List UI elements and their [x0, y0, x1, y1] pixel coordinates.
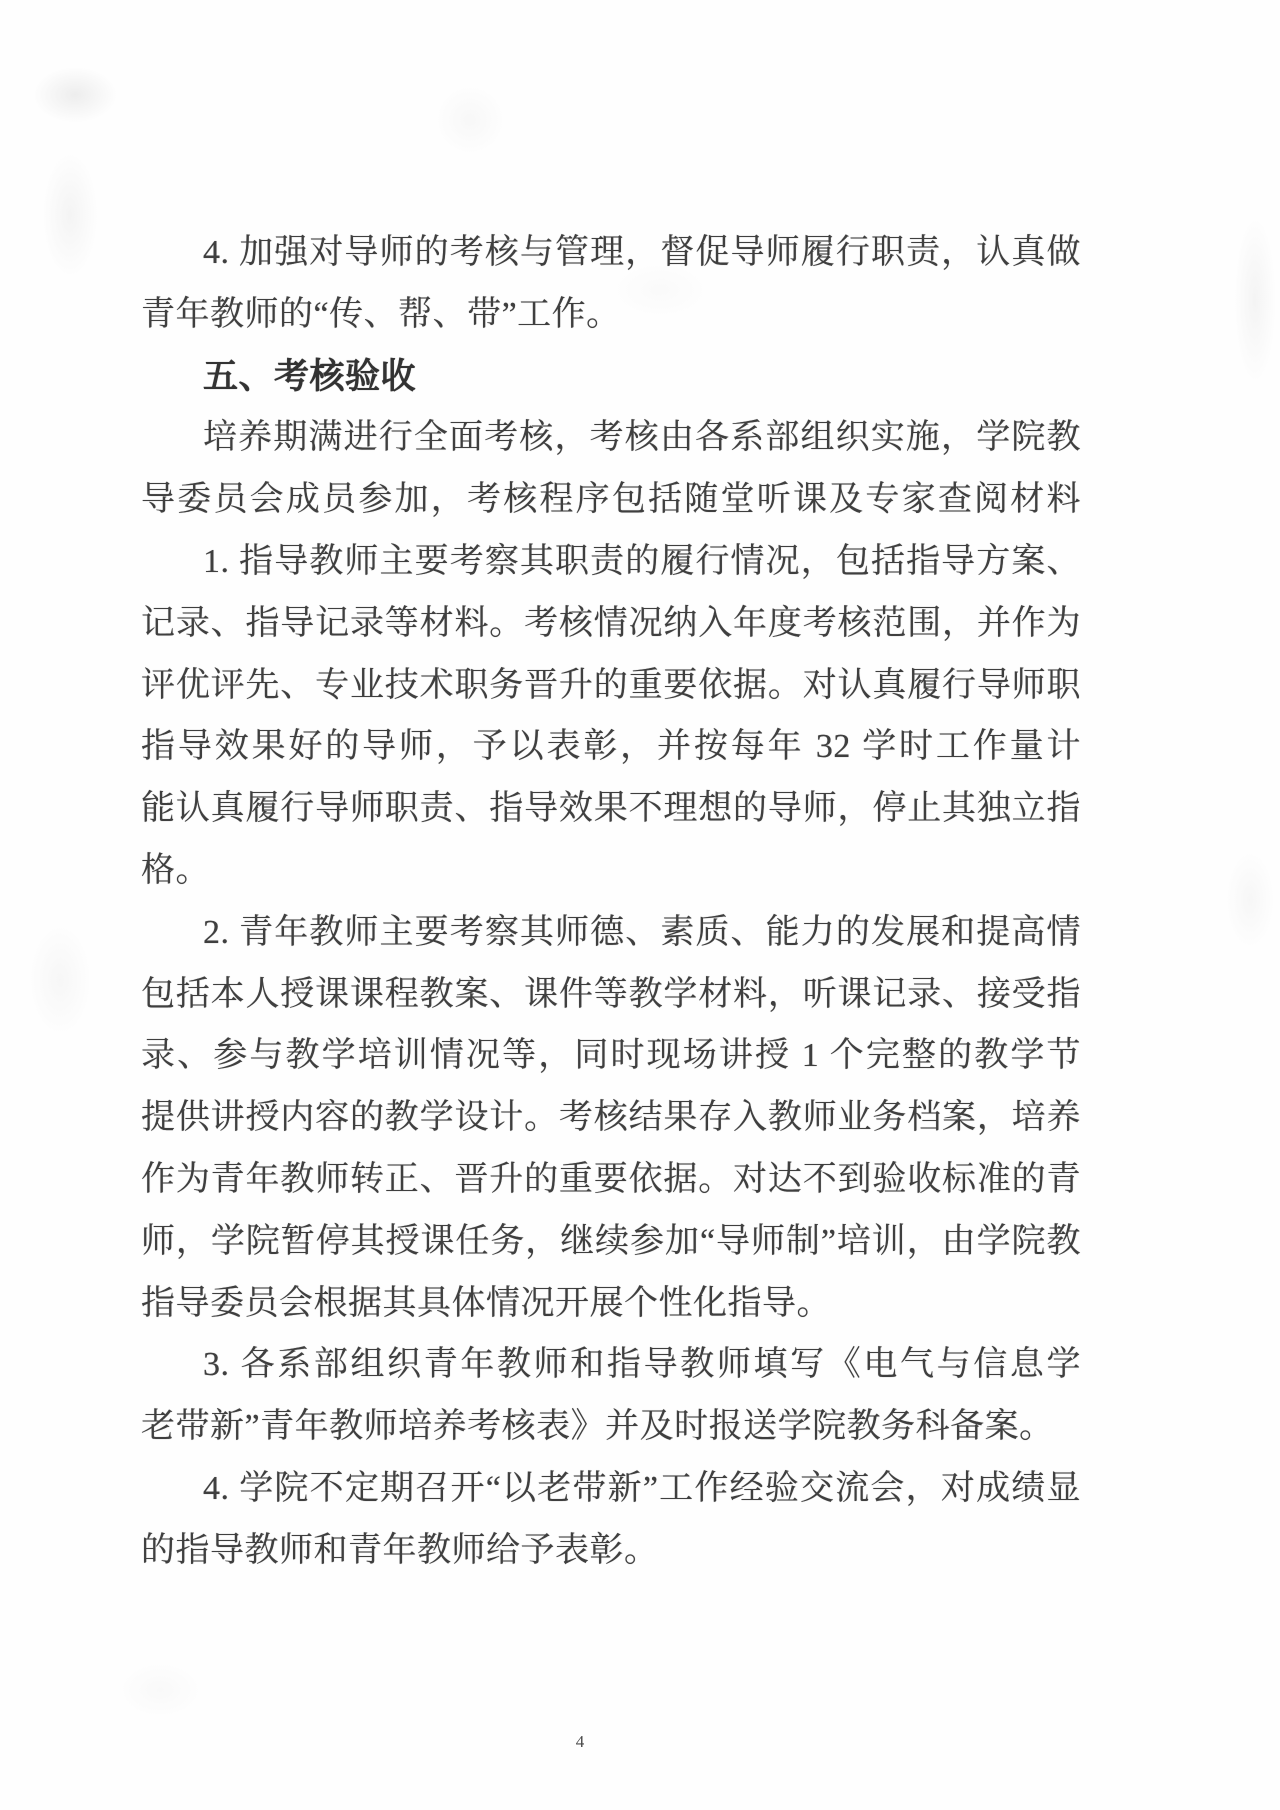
- text-line: 评优评先、专业技术职务晋升的重要依据。对认真履行导师职责、: [141, 655, 1081, 717]
- text-line: 录、参与教学培训情况等，同时现场讲授 1 个完整的教学节段，并: [141, 1025, 1081, 1087]
- text-line: 提供讲授内容的教学设计。考核结果存入教师业务档案，培养成果: [141, 1087, 1081, 1149]
- text-line: 师，学院暂停其授课任务，继续参加“导师制”培训，由学院教学: [141, 1211, 1081, 1273]
- text-line: 记录、指导记录等材料。考核情况纳入年度考核范围，并作为教师: [141, 593, 1081, 655]
- text-line: 培养期满进行全面考核，考核由各系部组织实施，学院教学指: [141, 407, 1081, 469]
- text-line: 作为青年教师转正、晋升的重要依据。对达不到验收标准的青年教: [141, 1149, 1081, 1211]
- text-line: 导委员会成员参加，考核程序包括随堂听课及专家查阅材料等。: [141, 469, 1081, 531]
- text-line: 4. 加强对导师的考核与管理，督促导师履行职责，认真做好对: [141, 222, 1081, 284]
- page-number: 4: [568, 1732, 592, 1752]
- text-line: 2. 青年教师主要考察其师德、素质、能力的发展和提高情况，: [141, 902, 1081, 964]
- text-line: 老带新”青年教师培养考核表》并及时报送学院教务科备案。: [141, 1396, 1081, 1458]
- text-line: 的指导教师和青年教师给予表彰。: [141, 1520, 1081, 1582]
- text-line: 指导委员会根据其具体情况开展个性化指导。: [141, 1273, 1081, 1335]
- text-line: 4. 学院不定期召开“以老带新”工作经验交流会，对成绩显著: [141, 1458, 1081, 1520]
- text-line: 包括本人授课课程教案、课件等教学材料，听课记录、接受指导记: [141, 964, 1081, 1026]
- text-line: 1. 指导教师主要考察其职责的履行情况，包括指导方案、听课: [141, 531, 1081, 593]
- document-text-block: 4. 加强对导师的考核与管理，督促导师履行职责，认真做好对 青年教师的“传、帮、…: [141, 222, 1081, 1582]
- text-line: 青年教师的“传、帮、带”工作。: [141, 284, 1081, 346]
- section-heading: 五、考核验收: [141, 346, 1081, 408]
- text-line: 能认真履行导师职责、指导效果不理想的导师，停止其独立指导资: [141, 778, 1081, 840]
- text-line: 3. 各系部组织青年教师和指导教师填写《电气与信息学院“以: [141, 1334, 1081, 1396]
- text-line: 指导效果好的导师，予以表彰，并按每年 32 学时工作量计算；对不: [141, 716, 1081, 778]
- text-line: 格。: [141, 840, 1081, 902]
- document-page: 4. 加强对导师的考核与管理，督促导师履行职责，认真做好对 青年教师的“传、帮、…: [0, 0, 1280, 1810]
